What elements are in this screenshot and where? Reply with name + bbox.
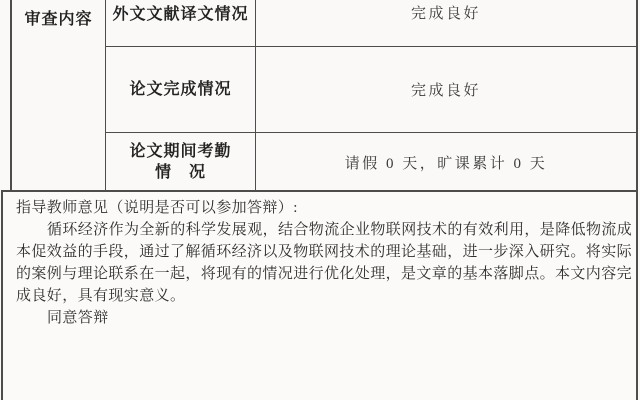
opinion-conclusion: 同意答辩 [16, 307, 628, 329]
review-content-header-label: 审查内容 [24, 11, 92, 28]
row-value-thesis-completion: 完成良好 [256, 47, 636, 132]
thesis-review-form: 审查内容 外文文献译文情况 完成良好 论文完成情况 完成良好 论文期间考勤 情 … [0, 0, 640, 400]
row-label-thesis-completion: 论文完成情况 [106, 47, 256, 132]
row-label-foreign-translation: 外文文献译文情况 [106, 0, 256, 46]
opinion-paragraph-line: 的案例与理论联系在一起，将现有的情况进行优化处理，是文章的基本落脚点。本文内容完 [16, 263, 628, 285]
review-content-header-cell: 审查内容 [12, 0, 106, 191]
opinion-paragraph-line: 循环经济作为全新的科学发展观，结合物流企业物联网技术的有效利用，是降低物流成 [16, 219, 628, 241]
opinion-paragraph-line: 本促效益的手段，通过了解循环经济以及物联网技术的理论基础，进一步深入研究。将实际 [16, 241, 628, 263]
attendance-label-line1: 论文期间考勤 [129, 141, 231, 162]
row-value-attendance: 请假 0 天，旷课累计 0 天 [256, 133, 636, 191]
table-row-attendance: 论文期间考勤 情 况 请假 0 天，旷课累计 0 天 [106, 133, 636, 191]
row-label-attendance: 论文期间考勤 情 况 [106, 133, 256, 191]
table-row-completion: 论文完成情况 完成良好 [106, 47, 636, 133]
review-rows: 外文文献译文情况 完成良好 论文完成情况 完成良好 论文期间考勤 情 况 请假 … [106, 0, 636, 191]
supervisor-opinion-section: 指导教师意见（说明是否可以参加答辩）: 循环经济作为全新的科学发展观，结合物流企… [1, 190, 638, 400]
review-table: 审查内容 外文文献译文情况 完成良好 论文完成情况 完成良好 论文期间考勤 情 … [10, 0, 638, 191]
table-row-translation: 外文文献译文情况 完成良好 [106, 0, 636, 47]
supervisor-opinion-title: 指导教师意见（说明是否可以参加答辩）: [16, 197, 628, 219]
attendance-label-line2: 情 况 [155, 162, 206, 183]
row-value-foreign-translation: 完成良好 [256, 0, 636, 46]
opinion-paragraph-line: 成良好，具有现实意义。 [16, 285, 628, 307]
